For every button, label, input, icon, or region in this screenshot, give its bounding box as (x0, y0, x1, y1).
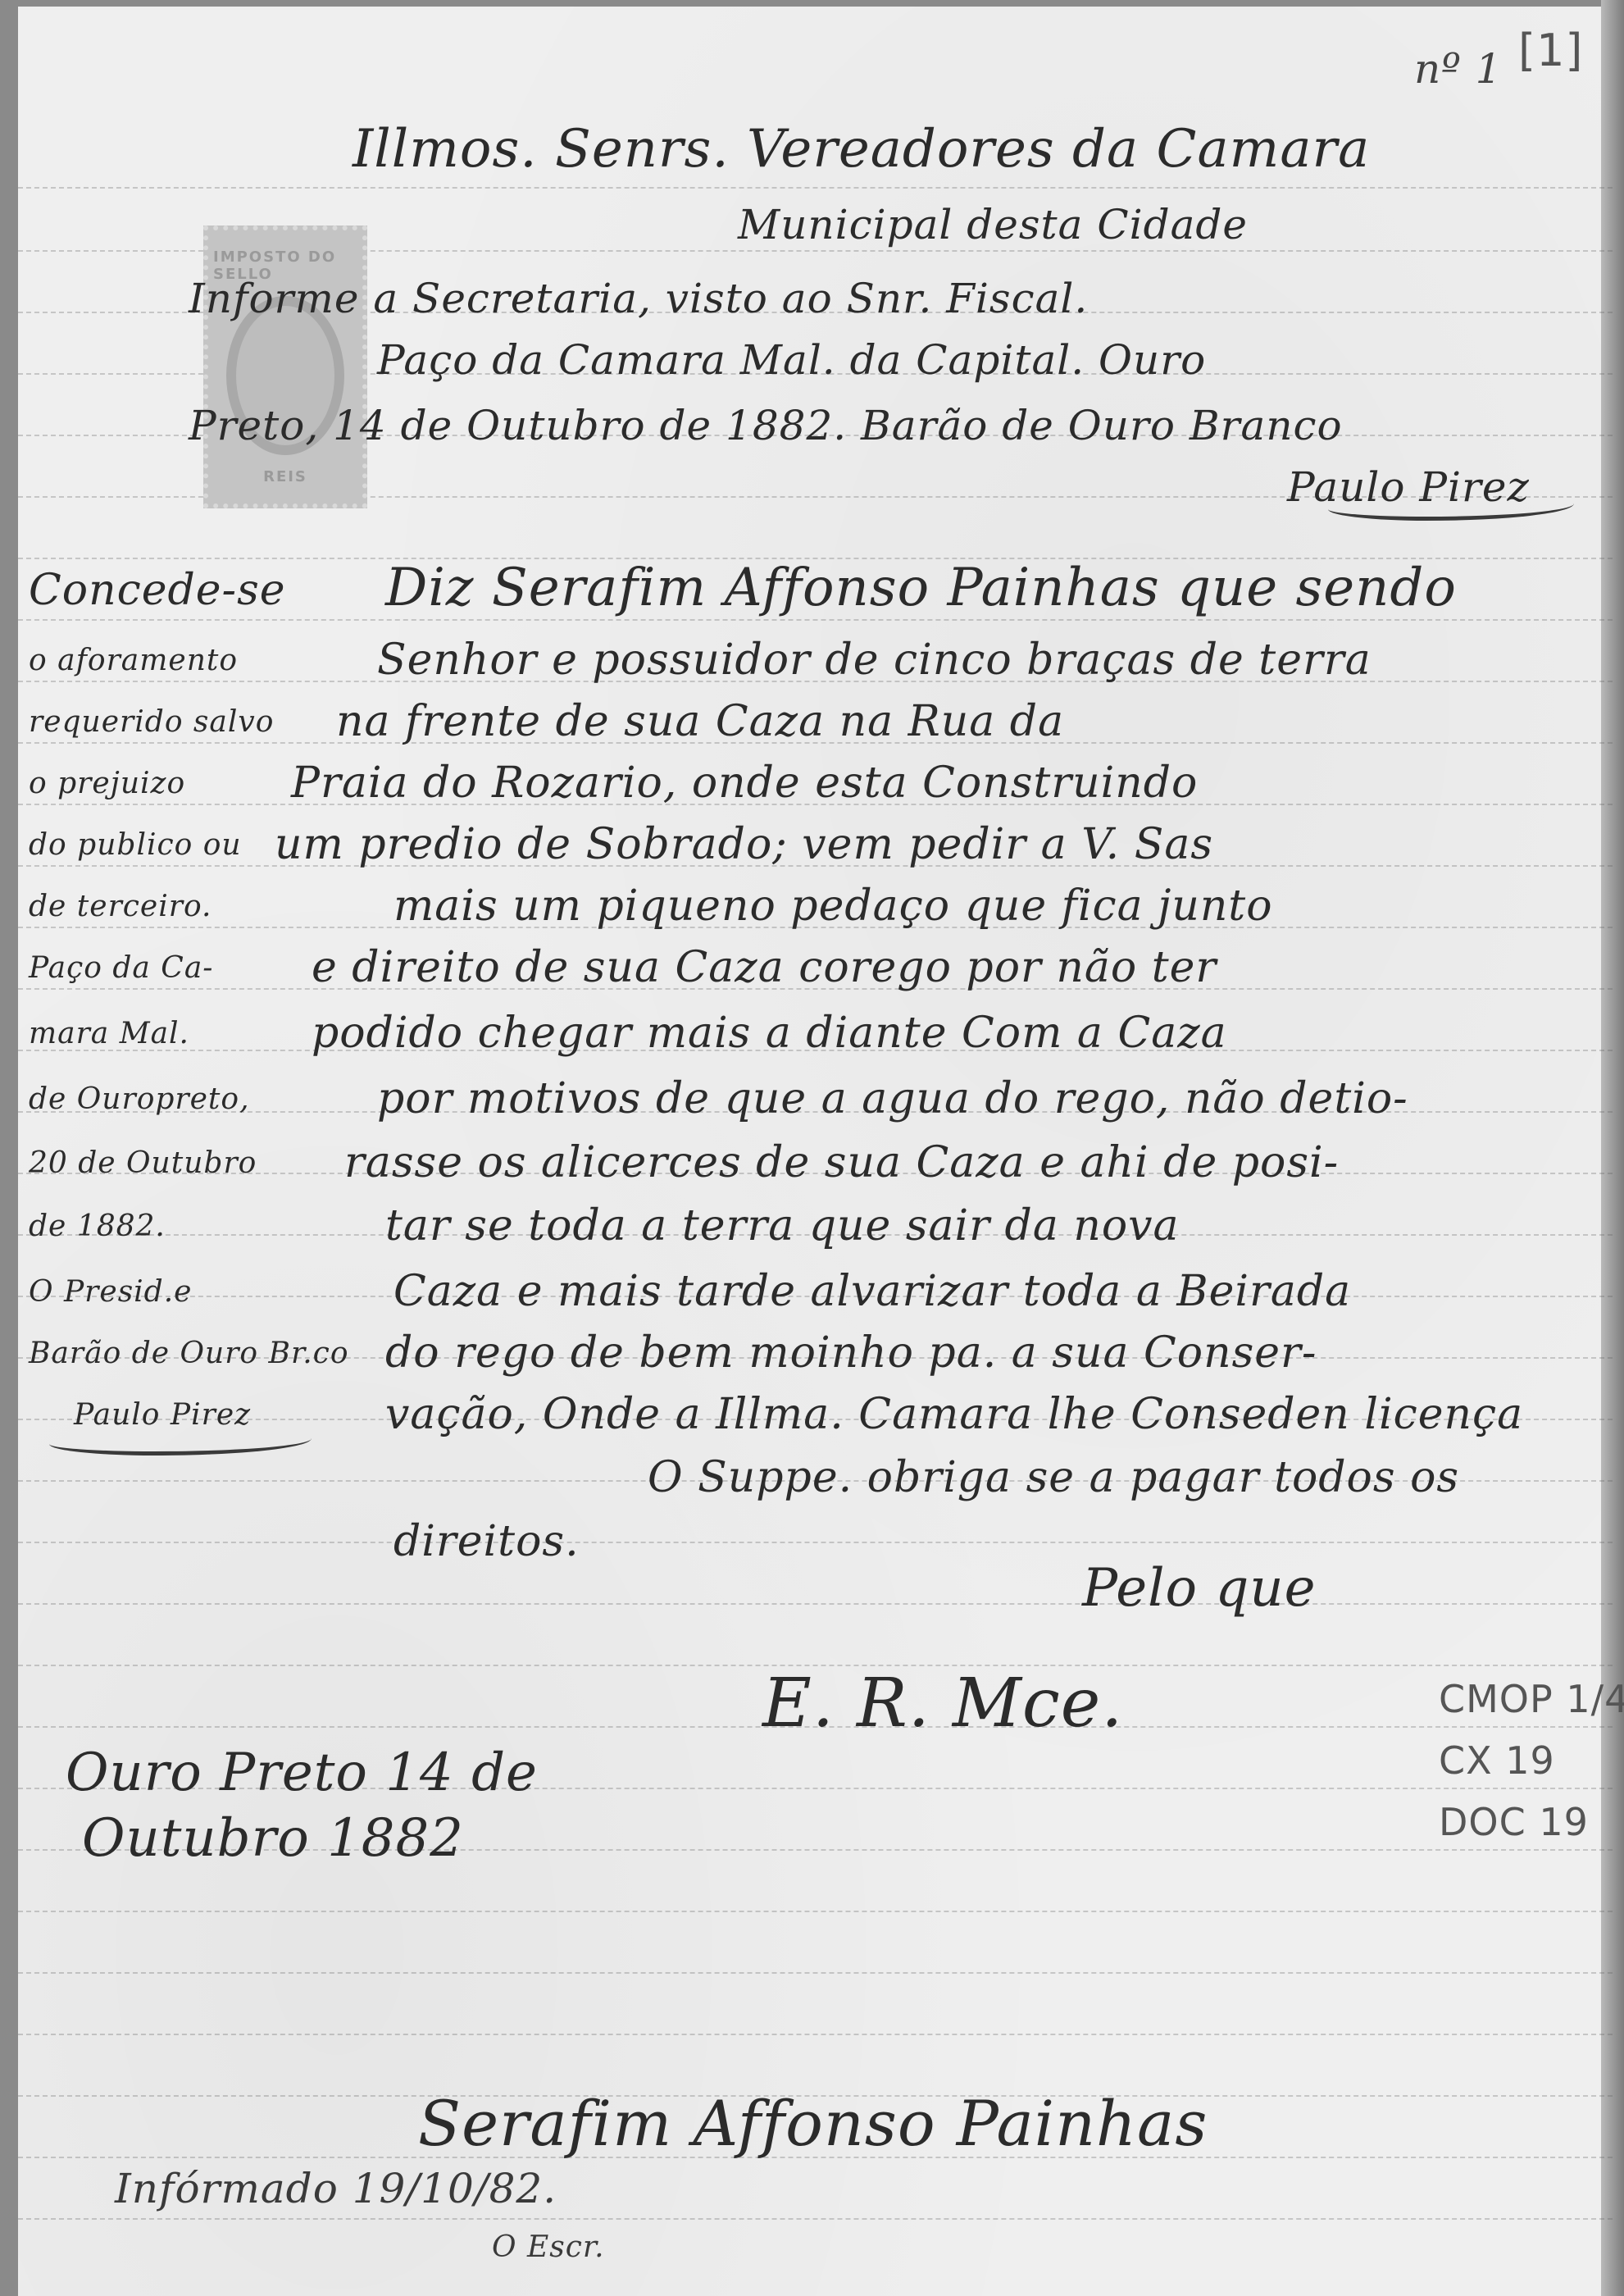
ruled-line (18, 1911, 1613, 1912)
petitioner-signature: Serafim Affonso Painhas (418, 2087, 1208, 2160)
address-line-2: Municipal desta Cidade (738, 201, 1248, 248)
registry-initials: O Escr. (492, 2230, 605, 2264)
petition-line: por motivos de que a agua do rego, não d… (377, 1074, 1408, 1123)
petition-line: na frente de sua Caza na Rua da (336, 697, 1064, 746)
petition-line: e direito de sua Caza corego por não ter (312, 943, 1217, 992)
petition-line: direitos. (393, 1517, 580, 1566)
petition-line: vação, Onde a Illma. Camara lhe Conseden… (385, 1390, 1523, 1439)
revenue-stamp: IMPOSTO DO SELLO REIS (203, 225, 367, 508)
petition-line: Praia do Rozario, onde esta Construindo (291, 758, 1198, 808)
archive-fund-label: CMOP 1/4 (1439, 1677, 1624, 1721)
stamp-value: REIS (263, 468, 307, 485)
margin-note-line: de terceiro. (29, 890, 212, 923)
ruled-line (18, 187, 1613, 189)
petition-line: rasse os alicerces de sua Caza e ahi de … (344, 1138, 1339, 1187)
ruled-line (18, 1542, 1613, 1543)
registry-note: Infórmado 19/10/82. (115, 2165, 557, 2212)
ruled-line (18, 1603, 1613, 1605)
dispatch-line-3: Preto, 14 de Outubro de 1882. Barão de O… (189, 402, 1343, 449)
margin-note-line: de 1882. (29, 1209, 166, 1243)
petition-line: podido chegar mais a diante Com a Caza (312, 1009, 1227, 1058)
archive-doc-label: DOC 19 (1439, 1800, 1589, 1844)
margin-note-line: o aforamento (29, 644, 238, 677)
margin-president-name: Barão de Ouro Br.co (29, 1337, 349, 1370)
margin-note-line: Concede-se (29, 566, 286, 615)
margin-note-line: o prejuizo (29, 767, 185, 800)
closing-erm: E. R. Mce. (762, 1665, 1123, 1742)
margin-note-line: mara Mal. (29, 1017, 189, 1050)
date-place-line-1: Ouro Preto 14 de (66, 1742, 538, 1803)
margin-note-line: Paço da Ca- (29, 951, 213, 985)
dispatch-line-1: Informe a Secretaria, visto ao Snr. Fisc… (189, 275, 1088, 322)
margin-note-line: 20 de Outubro (29, 1146, 257, 1180)
margin-president-label: O Presid.e (29, 1275, 192, 1309)
scanner-edge (1601, 0, 1624, 2296)
dispatch-line-2: Paço da Camara Mal. da Capital. Ouro (377, 336, 1206, 384)
archive-box-label: CX 19 (1439, 1738, 1555, 1783)
petition-line: O Suppe. obriga se a pagar todos os (648, 1453, 1459, 1502)
margin-note-line: do publico ou (29, 828, 242, 862)
ruled-line (18, 1972, 1613, 1974)
closing-pelo-que: Pelo que (1082, 1558, 1316, 1619)
petition-line: Caza e mais tarde alvarizar toda a Beira… (393, 1267, 1351, 1316)
petition-line: do rego de bem moinho pa. a sua Conser- (385, 1328, 1317, 1378)
margin-note-line: de Ouropreto, (29, 1082, 250, 1116)
margin-note-line: requerido salvo (29, 705, 274, 739)
petition-line: mais um piqueno pedaço que fica junto (393, 881, 1273, 931)
petition-line: tar se toda a terra que sair da nova (385, 1201, 1180, 1250)
petition-line: Diz Serafim Affonso Painhas que sendo (385, 558, 1457, 618)
ruled-line (18, 619, 1613, 621)
petition-line: um predio de Sobrado; vem pedir a V. Sas (275, 820, 1213, 869)
folio-number: [1] (1518, 25, 1584, 76)
ruled-line (18, 2034, 1613, 2035)
date-place-line-2: Outubro 1882 (82, 1808, 464, 1869)
ruled-line (18, 2218, 1613, 2220)
page-number-mark: nº 1 (1414, 45, 1502, 93)
address-line-1: Illmos. Senrs. Vereadores da Camara (353, 119, 1370, 180)
petition-line: Senhor e possuidor de cinco braças de te… (377, 635, 1372, 685)
